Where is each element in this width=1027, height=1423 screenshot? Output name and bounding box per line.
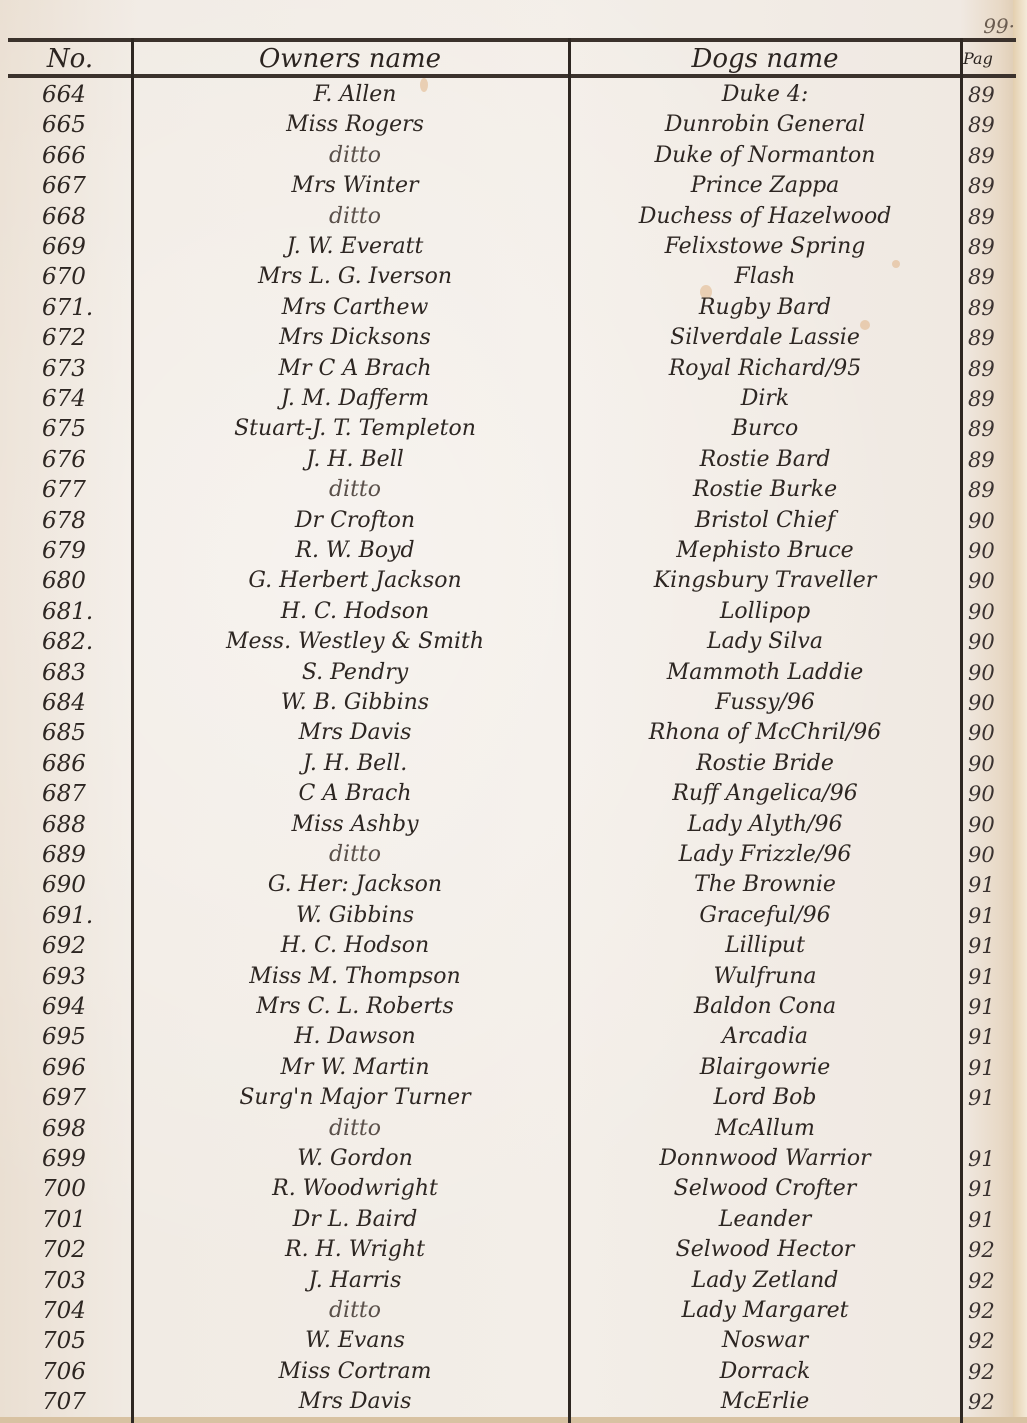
- owner-name: Miss M. Thompson: [150, 964, 560, 990]
- owner-name: Mr W. Martin: [150, 1055, 560, 1081]
- page-ref: 91: [968, 1146, 1008, 1172]
- entry-number: 684: [42, 690, 127, 716]
- page-ref: 91: [968, 994, 1008, 1020]
- owner-name: R. H. Wright: [150, 1237, 560, 1263]
- entry-number: 671.: [42, 295, 127, 321]
- entry-number: 695: [42, 1024, 127, 1050]
- table-row: 676J. H. BellRostie Bard89: [0, 447, 1027, 473]
- page-ref: 91: [968, 903, 1008, 929]
- entry-number: 680: [42, 568, 127, 594]
- page-ref: 89: [968, 386, 1008, 412]
- page-ref: 89: [968, 264, 1008, 290]
- dog-name: Duke 4:: [575, 82, 955, 108]
- dog-name: Lollipop: [575, 599, 955, 625]
- table-row: 674J. M. DaffermDirk89: [0, 386, 1027, 412]
- dog-name: Blairgowrie: [575, 1055, 955, 1081]
- dog-name: Lady Margaret: [575, 1298, 955, 1324]
- owner-name: Surg'n Major Turner: [150, 1085, 560, 1111]
- owner-name: ditto: [150, 204, 560, 230]
- table-row: 701Dr L. BairdLeander91: [0, 1207, 1027, 1233]
- dog-name: The Brownie: [575, 872, 955, 898]
- owner-name: H. C. Hodson: [150, 933, 560, 959]
- owner-name: Miss Cortram: [150, 1359, 560, 1385]
- dog-name: Felixstowe Spring: [575, 234, 955, 260]
- dog-name: Rugby Bard: [575, 295, 955, 321]
- owner-name: S. Pendry: [150, 660, 560, 686]
- page-ref: 89: [968, 325, 1008, 351]
- owner-name: Mrs Davis: [150, 720, 560, 746]
- entry-number: 705: [42, 1328, 127, 1354]
- owner-name: Miss Rogers: [150, 112, 560, 138]
- table-row: 690G. Her: JacksonThe Brownie91: [0, 872, 1027, 898]
- page-ref: 90: [968, 781, 1008, 807]
- page-ref: 90: [968, 842, 1008, 868]
- table-row: 681.H. C. HodsonLollipop90: [0, 599, 1027, 625]
- page-ref: 91: [968, 1207, 1008, 1233]
- owner-name: F. Allen: [150, 82, 560, 108]
- entry-number: 696: [42, 1055, 127, 1081]
- page-ref: 92: [968, 1268, 1008, 1294]
- owner-name: J. H. Bell.: [150, 751, 560, 777]
- dog-name: Flash: [575, 264, 955, 290]
- entry-number: 675: [42, 416, 127, 442]
- entry-number: 692: [42, 933, 127, 959]
- dog-name: Selwood Hector: [575, 1237, 955, 1263]
- dog-name: Arcadia: [575, 1024, 955, 1050]
- header-rule: [8, 74, 1016, 78]
- page-ref: 90: [968, 629, 1008, 655]
- dog-name: Selwood Crofter: [575, 1176, 955, 1202]
- entry-number: 707: [42, 1389, 127, 1415]
- dog-name: Duke of Normanton: [575, 143, 955, 169]
- dog-name: Graceful/96: [575, 903, 955, 929]
- dog-name: Leander: [575, 1207, 955, 1233]
- page-ref: 91: [968, 1176, 1008, 1202]
- dog-name: Lilliput: [575, 933, 955, 959]
- dog-name: Royal Richard/95: [575, 356, 955, 382]
- table-row: 684W. B. GibbinsFussy/9690: [0, 690, 1027, 716]
- page-ref: 89: [968, 82, 1008, 108]
- page-ref: 91: [968, 1055, 1008, 1081]
- entry-number: 691.: [42, 903, 127, 929]
- table-row: 672Mrs DicksonsSilverdale Lassie89: [0, 325, 1027, 351]
- page-ref: 89: [968, 416, 1008, 442]
- dog-name: Burco: [575, 416, 955, 442]
- owner-name: J. M. Dafferm: [150, 386, 560, 412]
- entry-number: 667: [42, 173, 127, 199]
- table-row: 670Mrs L. G. IversonFlash89: [0, 264, 1027, 290]
- owner-name: Dr Crofton: [150, 508, 560, 534]
- owner-name: J. H. Bell: [150, 447, 560, 473]
- page-ref: 89: [968, 112, 1008, 138]
- entry-number: 703: [42, 1268, 127, 1294]
- dog-name: Prince Zappa: [575, 173, 955, 199]
- entry-number: 682.: [42, 629, 127, 655]
- header-page: Pag: [963, 44, 1013, 74]
- owner-name: W. B. Gibbins: [150, 690, 560, 716]
- table-row: 687C A BrachRuff Angelica/9690: [0, 781, 1027, 807]
- table-row: 669J. W. EverattFelixstowe Spring89: [0, 234, 1027, 260]
- entry-number: 697: [42, 1085, 127, 1111]
- table-row: 678Dr CroftonBristol Chief90: [0, 508, 1027, 534]
- owner-name: W. Gibbins: [150, 903, 560, 929]
- dog-name: Donnwood Warrior: [575, 1146, 955, 1172]
- table-row: 693Miss M. ThompsonWulfruna91: [0, 964, 1027, 990]
- table-row: 697Surg'n Major TurnerLord Bob91: [0, 1085, 1027, 1111]
- table-row: 692H. C. HodsonLilliput91: [0, 933, 1027, 959]
- owner-name: W. Gordon: [150, 1146, 560, 1172]
- entry-number: 686: [42, 751, 127, 777]
- entry-number: 699: [42, 1146, 127, 1172]
- dog-name: Lady Zetland: [575, 1268, 955, 1294]
- page-ref: 90: [968, 660, 1008, 686]
- table-row: 665Miss RogersDunrobin General89: [0, 112, 1027, 138]
- dog-name: Dorrack: [575, 1359, 955, 1385]
- owner-name: Mrs Davis: [150, 1389, 560, 1415]
- ledger-page: 99· No. Owners name Dogs name Pag 664F. …: [0, 0, 1027, 1423]
- table-row: 680G. Herbert JacksonKingsbury Traveller…: [0, 568, 1027, 594]
- owner-name: Dr L. Baird: [150, 1207, 560, 1233]
- owner-name: Mrs Winter: [150, 173, 560, 199]
- entry-number: 704: [42, 1298, 127, 1324]
- entry-number: 700: [42, 1176, 127, 1202]
- entry-number: 688: [42, 812, 127, 838]
- owner-name: R. W. Boyd: [150, 538, 560, 564]
- header-owner-name: Owners name: [134, 44, 566, 74]
- dog-name: Silverdale Lassie: [575, 325, 955, 351]
- dog-name: Dunrobin General: [575, 112, 955, 138]
- owner-name: Mrs L. G. Iverson: [150, 264, 560, 290]
- dog-name: Bristol Chief: [575, 508, 955, 534]
- table-row: 698dittoMcAllum: [0, 1116, 1027, 1142]
- entry-number: 694: [42, 994, 127, 1020]
- dog-name: Lady Frizzle/96: [575, 842, 955, 868]
- entry-number: 666: [42, 143, 127, 169]
- page-ref: 91: [968, 964, 1008, 990]
- owner-name: R. Woodwright: [150, 1176, 560, 1202]
- owner-name: ditto: [150, 477, 560, 503]
- dog-name: Rostie Burke: [575, 477, 955, 503]
- page-ref: 90: [968, 812, 1008, 838]
- entry-number: 679: [42, 538, 127, 564]
- entry-number: 669: [42, 234, 127, 260]
- header-no: No.: [10, 44, 130, 74]
- owner-name: C A Brach: [150, 781, 560, 807]
- dog-name: Ruff Angelica/96: [575, 781, 955, 807]
- table-row: 705W. EvansNoswar92: [0, 1328, 1027, 1354]
- dog-name: Rostie Bride: [575, 751, 955, 777]
- page-ref: 90: [968, 690, 1008, 716]
- page-ref: 89: [968, 234, 1008, 260]
- entry-number: 687: [42, 781, 127, 807]
- entry-number: 665: [42, 112, 127, 138]
- page-ref: 89: [968, 143, 1008, 169]
- table-row: 682.Mess. Westley & SmithLady Silva90: [0, 629, 1027, 655]
- entry-number: 689: [42, 842, 127, 868]
- owner-name: G. Herbert Jackson: [150, 568, 560, 594]
- dog-name: Dirk: [575, 386, 955, 412]
- dog-name: Mephisto Bruce: [575, 538, 955, 564]
- page-ref: 89: [968, 356, 1008, 382]
- table-row: 696Mr W. MartinBlairgowrie91: [0, 1055, 1027, 1081]
- page-ref: 92: [968, 1298, 1008, 1324]
- entry-number: 701: [42, 1207, 127, 1233]
- owner-name: ditto: [150, 1116, 560, 1142]
- dog-name: Rostie Bard: [575, 447, 955, 473]
- page-ref: 90: [968, 538, 1008, 564]
- entry-number: 706: [42, 1359, 127, 1385]
- owner-name: Mrs C. L. Roberts: [150, 994, 560, 1020]
- page-ref: 90: [968, 599, 1008, 625]
- owner-name: J. W. Everatt: [150, 234, 560, 260]
- page-ref: 91: [968, 933, 1008, 959]
- entry-number: 672: [42, 325, 127, 351]
- dog-name: McErlie: [575, 1389, 955, 1415]
- entry-number: 674: [42, 386, 127, 412]
- entry-number: 698: [42, 1116, 127, 1142]
- page-ref: [968, 1116, 1008, 1142]
- table-row: 688Miss AshbyLady Alyth/9690: [0, 812, 1027, 838]
- dog-name: Kingsbury Traveller: [575, 568, 955, 594]
- table-row: 704dittoLady Margaret92: [0, 1298, 1027, 1324]
- entry-number: 681.: [42, 599, 127, 625]
- page-ref: 90: [968, 720, 1008, 746]
- page-ref: 89: [968, 295, 1008, 321]
- dog-name: Baldon Cona: [575, 994, 955, 1020]
- table-row: 695H. DawsonArcadia91: [0, 1024, 1027, 1050]
- entry-number: 677: [42, 477, 127, 503]
- table-row: 675Stuart-J. T. TempletonBurco89: [0, 416, 1027, 442]
- table-row: 703J. HarrisLady Zetland92: [0, 1268, 1027, 1294]
- entry-number: 678: [42, 508, 127, 534]
- entry-number: 693: [42, 964, 127, 990]
- owner-name: Mr C A Brach: [150, 356, 560, 382]
- entry-number: 690: [42, 872, 127, 898]
- page-ref: 89: [968, 477, 1008, 503]
- table-row: 706Miss CortramDorrack92: [0, 1359, 1027, 1385]
- table-row: 671.Mrs CarthewRugby Bard89: [0, 295, 1027, 321]
- table-row: 691.W. GibbinsGraceful/9691: [0, 903, 1027, 929]
- table-row: 694Mrs C. L. RobertsBaldon Cona91: [0, 994, 1027, 1020]
- owner-name: G. Her: Jackson: [150, 872, 560, 898]
- page-ref: 91: [968, 1085, 1008, 1111]
- dog-name: Fussy/96: [575, 690, 955, 716]
- owner-name: H. Dawson: [150, 1024, 560, 1050]
- table-row: 685Mrs DavisRhona of McChril/9690: [0, 720, 1027, 746]
- table-row: 699W. GordonDonnwood Warrior91: [0, 1146, 1027, 1172]
- page-ref: 90: [968, 568, 1008, 594]
- entry-number: 673: [42, 356, 127, 382]
- dog-name: Mammoth Laddie: [575, 660, 955, 686]
- page-ref: 91: [968, 872, 1008, 898]
- table-row: 686J. H. Bell.Rostie Bride90: [0, 751, 1027, 777]
- entry-number: 683: [42, 660, 127, 686]
- table-row: 702R. H. WrightSelwood Hector92: [0, 1237, 1027, 1263]
- dog-name: Rhona of McChril/96: [575, 720, 955, 746]
- table-row: 683S. PendryMammoth Laddie90: [0, 660, 1027, 686]
- entry-number: 664: [42, 82, 127, 108]
- owner-name: ditto: [150, 143, 560, 169]
- owner-name: W. Evans: [150, 1328, 560, 1354]
- page-bottom-edge: [0, 1417, 1027, 1423]
- table-row: 668dittoDuchess of Hazelwood89: [0, 204, 1027, 230]
- page-ref: 89: [968, 173, 1008, 199]
- entry-number: 670: [42, 264, 127, 290]
- owner-name: ditto: [150, 842, 560, 868]
- dog-name: Lady Alyth/96: [575, 812, 955, 838]
- header-dog-name: Dogs name: [571, 44, 959, 74]
- page-ref: 89: [968, 204, 1008, 230]
- entry-number: 676: [42, 447, 127, 473]
- owner-name: Miss Ashby: [150, 812, 560, 838]
- dog-name: Wulfruna: [575, 964, 955, 990]
- page-ref: 92: [968, 1389, 1008, 1415]
- table-row: 667Mrs WinterPrince Zappa89: [0, 173, 1027, 199]
- owner-name: ditto: [150, 1298, 560, 1324]
- page-ref: 90: [968, 751, 1008, 777]
- table-row: 666dittoDuke of Normanton89: [0, 143, 1027, 169]
- owner-name: J. Harris: [150, 1268, 560, 1294]
- dog-name: Duchess of Hazelwood: [575, 204, 955, 230]
- top-rule: [8, 38, 1016, 42]
- table-row: 664F. AllenDuke 4:89: [0, 82, 1027, 108]
- owner-name: Mrs Dicksons: [150, 325, 560, 351]
- owner-name: Mrs Carthew: [150, 295, 560, 321]
- dog-name: Lady Silva: [575, 629, 955, 655]
- page-ref: 92: [968, 1237, 1008, 1263]
- table-row: 700R. WoodwrightSelwood Crofter91: [0, 1176, 1027, 1202]
- page-ref: 92: [968, 1359, 1008, 1385]
- page-number: 99·: [983, 14, 1015, 38]
- entry-number: 685: [42, 720, 127, 746]
- owner-name: H. C. Hodson: [150, 599, 560, 625]
- page-ref: 91: [968, 1024, 1008, 1050]
- entry-number: 702: [42, 1237, 127, 1263]
- table-row: 679R. W. BoydMephisto Bruce90: [0, 538, 1027, 564]
- table-row: 677dittoRostie Burke89: [0, 477, 1027, 503]
- page-ref: 92: [968, 1328, 1008, 1354]
- table-row: 673Mr C A BrachRoyal Richard/9589: [0, 356, 1027, 382]
- table-row: 707Mrs DavisMcErlie92: [0, 1389, 1027, 1415]
- dog-name: Lord Bob: [575, 1085, 955, 1111]
- owner-name: Mess. Westley & Smith: [150, 629, 560, 655]
- dog-name: McAllum: [575, 1116, 955, 1142]
- dog-name: Noswar: [575, 1328, 955, 1354]
- page-ref: 90: [968, 508, 1008, 534]
- entry-number: 668: [42, 204, 127, 230]
- page-ref: 89: [968, 447, 1008, 473]
- table-row: 689dittoLady Frizzle/9690: [0, 842, 1027, 868]
- owner-name: Stuart-J. T. Templeton: [150, 416, 560, 442]
